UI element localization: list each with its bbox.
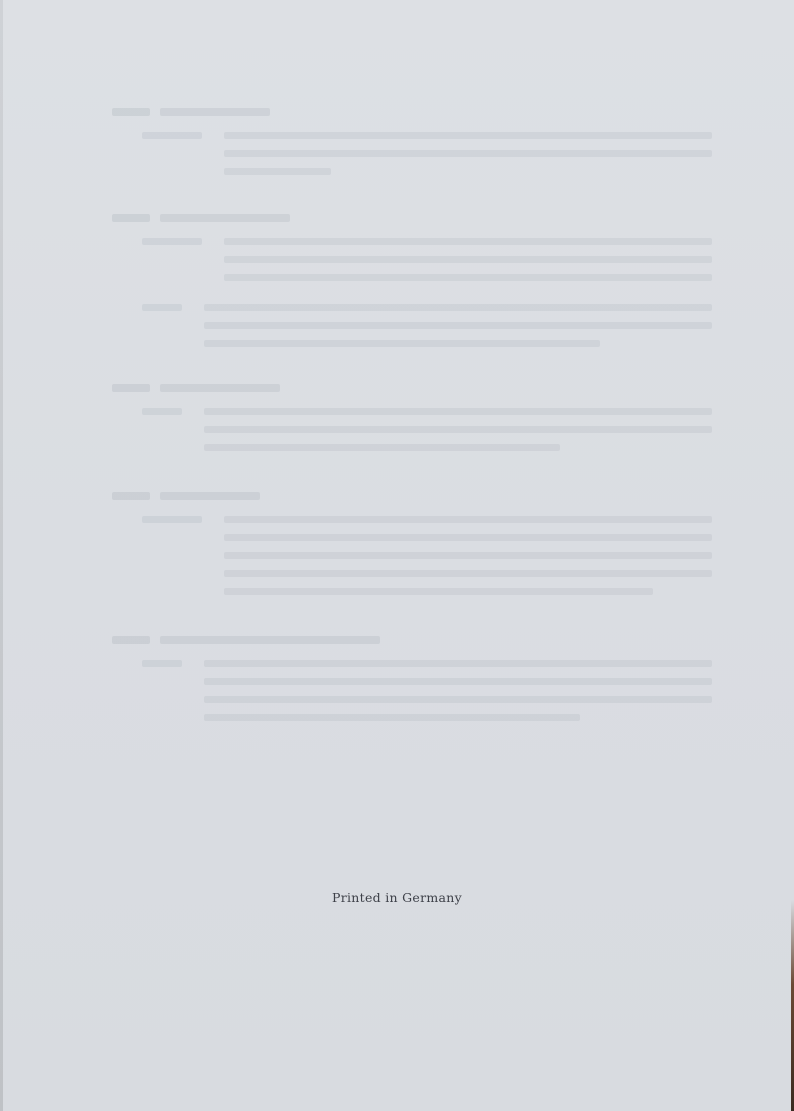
- bleed-through-section-1: [112, 104, 712, 186]
- bleed-through-section-4: [112, 488, 712, 606]
- bleed-through-section-5: [112, 632, 712, 732]
- page-left-edge: [0, 0, 3, 1111]
- bleed-through-section-3: [112, 380, 712, 462]
- printed-in-imprint: Printed in Germany: [0, 890, 794, 905]
- document-page: Printed in Germany: [0, 0, 794, 1111]
- bleed-through-section-2: [112, 210, 712, 358]
